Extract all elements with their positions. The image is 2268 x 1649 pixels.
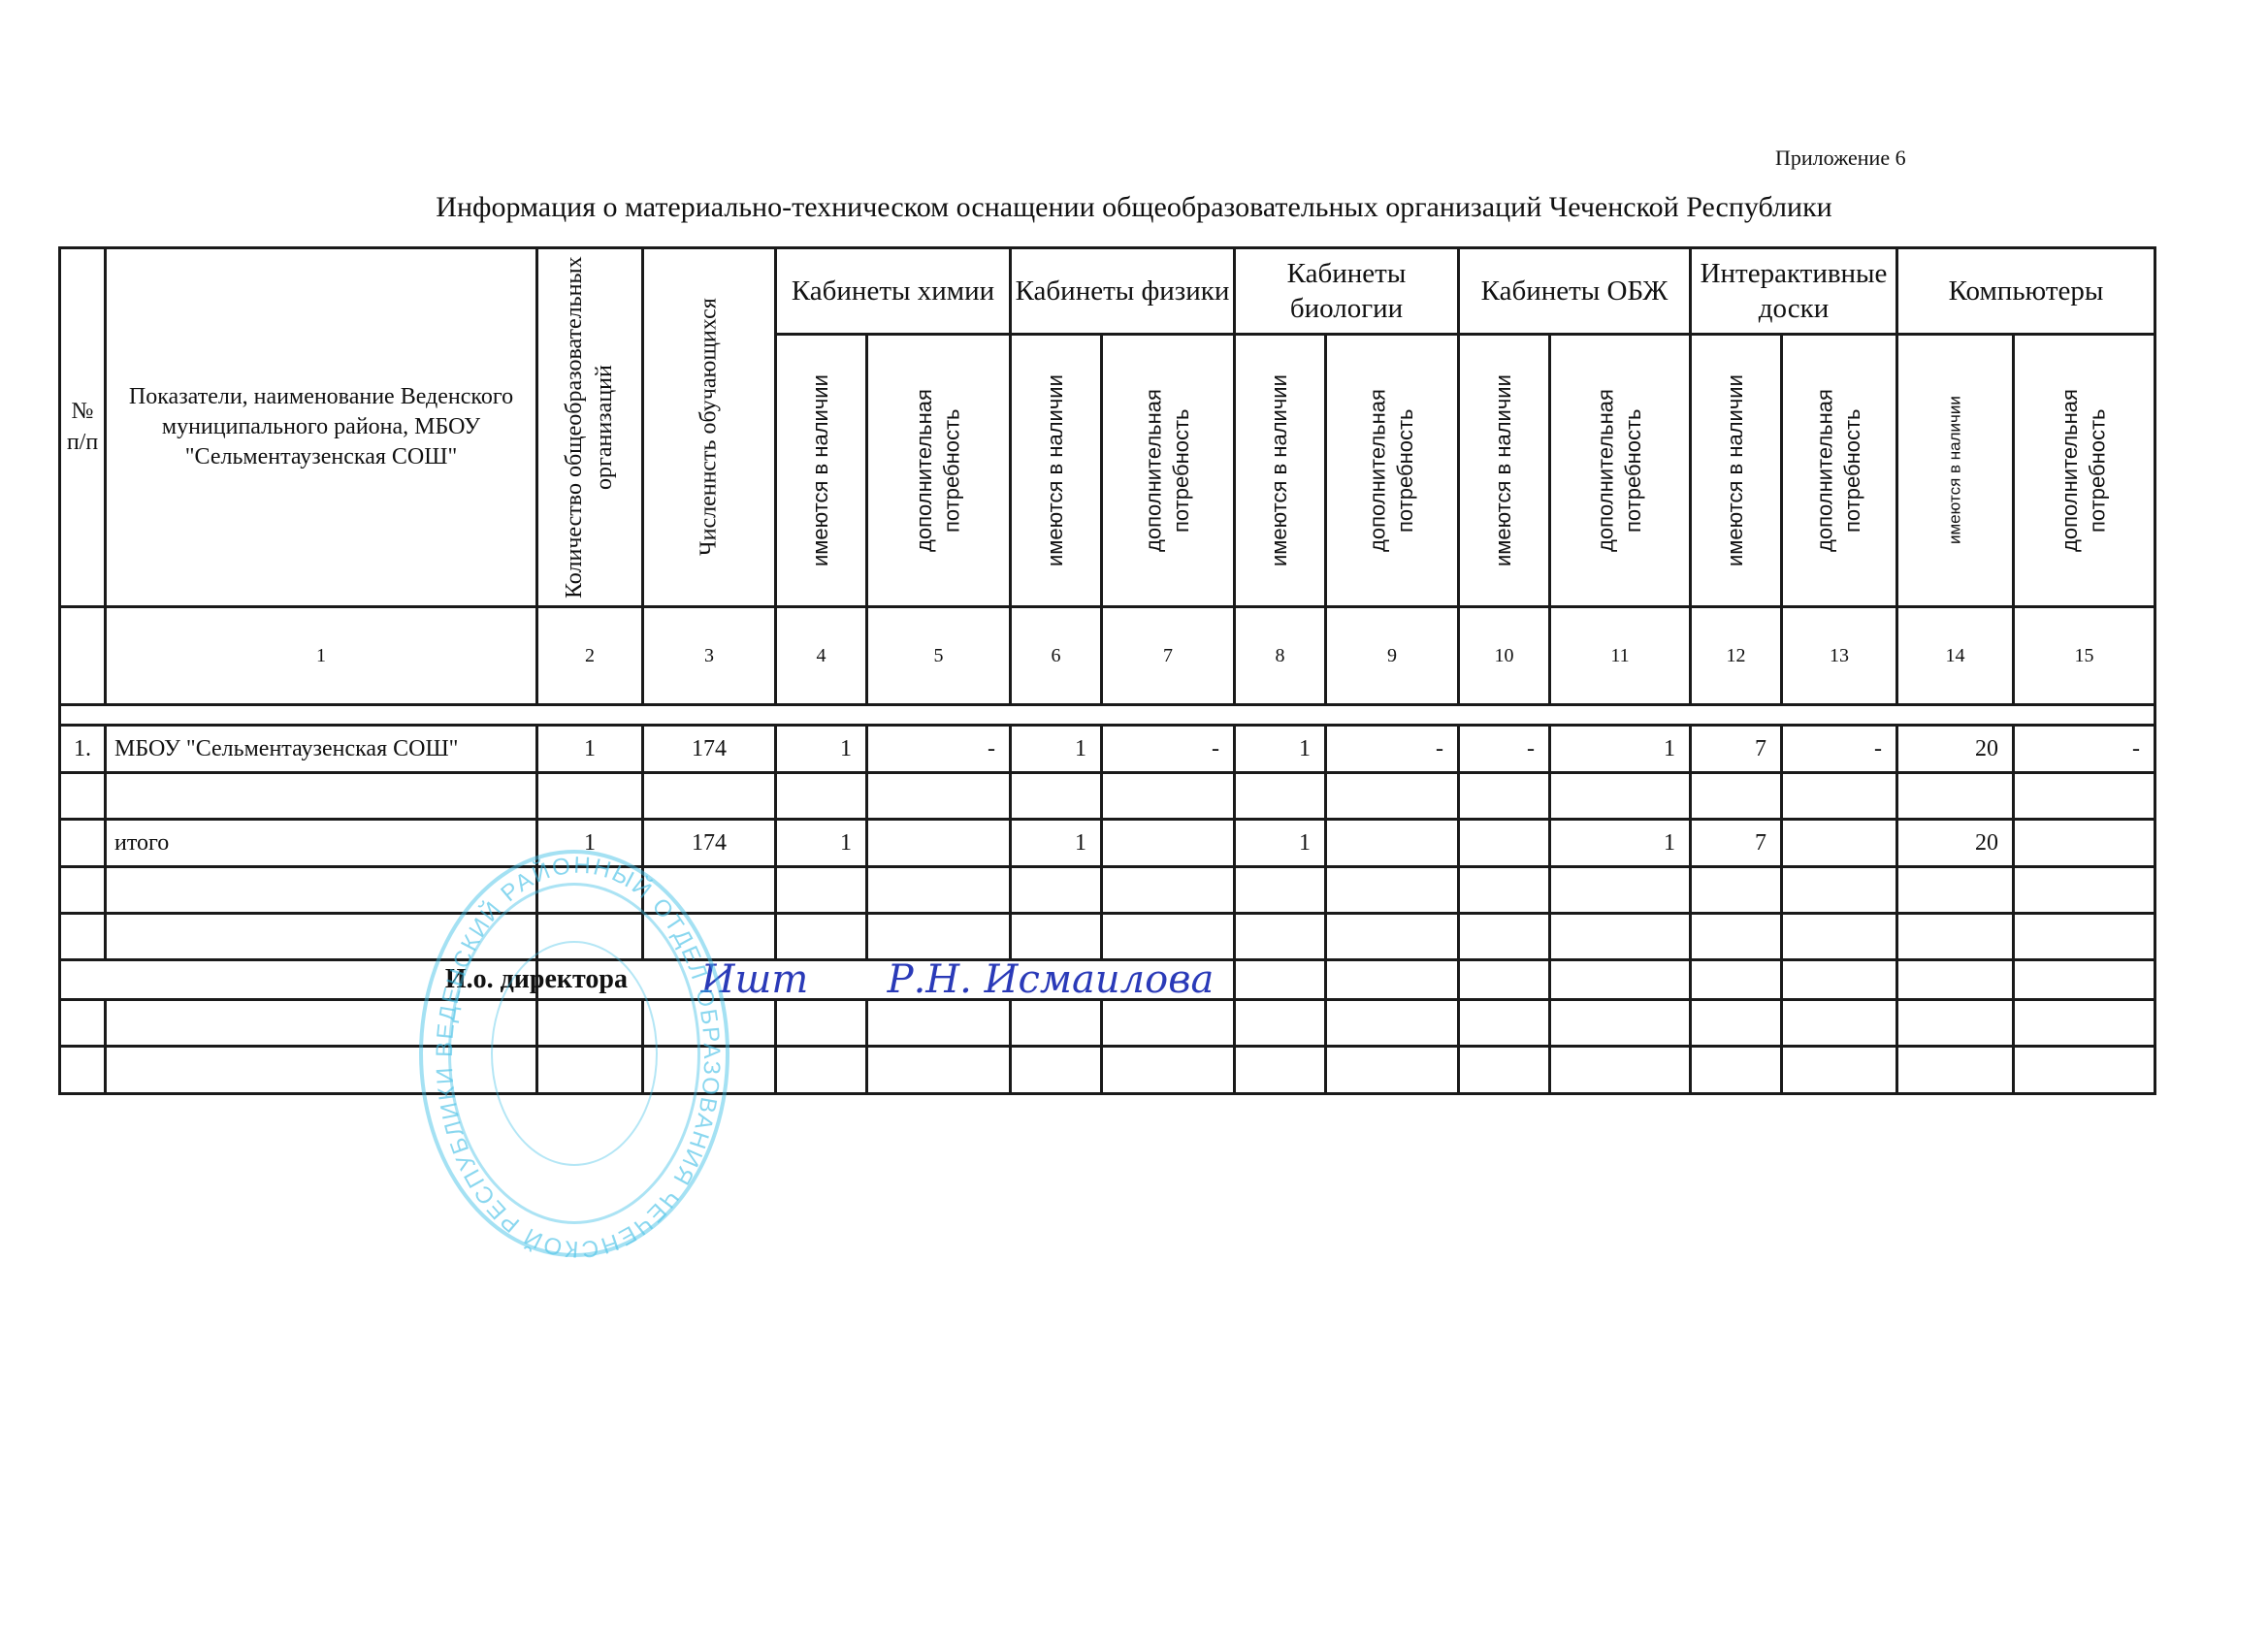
column-number: 6 — [1012, 608, 1100, 703]
column-number-text: 9 — [1387, 645, 1397, 667]
header-students-text: Численнсть обучающихся — [694, 299, 724, 557]
column-number: 2 — [538, 608, 641, 703]
row-value — [1460, 774, 1548, 818]
row-value — [1236, 774, 1324, 818]
row-value — [1012, 774, 1100, 818]
row-value-text: - — [2132, 736, 2140, 762]
grid-line — [104, 998, 107, 1048]
row-value — [1551, 774, 1689, 818]
header-sub-additional: дополнительная потребность — [868, 336, 1009, 605]
grid-line — [1233, 998, 1236, 1048]
row-value — [2015, 821, 2154, 865]
row-value: 1 — [1236, 821, 1324, 865]
row-value: 174 — [644, 727, 774, 771]
header-sub-available: имеются в наличии — [1898, 336, 2012, 605]
header-group-text: Кабинеты физики — [1016, 274, 1230, 308]
grid-line — [1233, 958, 1236, 1001]
row-num: 1. — [61, 727, 104, 771]
row-value — [868, 774, 1009, 818]
column-number: 4 — [777, 608, 865, 703]
grid-line — [1895, 865, 1898, 915]
row-value: - — [868, 727, 1009, 771]
grid-line — [865, 1045, 868, 1095]
grid-line — [1457, 958, 1460, 1001]
header-students: Численнсть обучающихся — [644, 249, 774, 605]
row-value: 20 — [1898, 727, 2012, 771]
row-value-text: - — [988, 736, 995, 762]
row-value-text: 20 — [1975, 830, 1998, 857]
row-value — [1103, 774, 1233, 818]
column-number: 13 — [1783, 608, 1895, 703]
column-number: 12 — [1692, 608, 1780, 703]
column-number-text: 4 — [817, 645, 826, 667]
header-group-text: Компьютеры — [1949, 274, 2104, 308]
row-value: - — [1460, 727, 1548, 771]
grid-line — [774, 865, 777, 915]
row-value-text: 1 — [1664, 830, 1675, 857]
grid-line — [58, 703, 2156, 706]
row-value: 1 — [777, 821, 865, 865]
grid-line — [1780, 958, 1783, 1001]
row-value: 1 — [1012, 821, 1100, 865]
column-number-text: 11 — [1610, 645, 1629, 667]
header-sub-additional: дополнительная потребность — [1103, 336, 1233, 605]
column-number-text: 5 — [934, 645, 944, 667]
header-sub-available-text: имеются в наличии — [1042, 374, 1070, 566]
row-num — [61, 774, 104, 818]
column-number: 10 — [1460, 608, 1548, 703]
grid-line — [1233, 912, 1236, 961]
row-name — [107, 774, 535, 818]
grid-line — [1324, 1045, 1327, 1095]
grid-line — [1009, 865, 1012, 915]
row-value-text: - — [1436, 736, 1443, 762]
header-group: Интерактивные доски — [1692, 249, 1895, 333]
row-value — [1783, 774, 1895, 818]
header-group-text: Интерактивные доски — [1692, 256, 1895, 327]
grid-line — [104, 1045, 107, 1095]
row-value — [777, 774, 865, 818]
grid-line — [1100, 1045, 1103, 1095]
stamp-text: ВЕДЕНСКИЙ РАЙОННЫЙ ОТДЕЛ ОБРАЗОВАНИЯ ЧЕЧ… — [432, 854, 725, 1261]
grid-line — [2154, 912, 2156, 961]
row-num — [61, 821, 104, 865]
header-org-count-text: Количество общеобразовательных организац… — [560, 249, 620, 605]
row-name: МБОУ "Сельментаузенская СОШ" — [107, 727, 535, 771]
grid-line — [1324, 912, 1327, 961]
row-value: 1 — [1551, 727, 1689, 771]
grid-line — [774, 912, 777, 961]
grid-line — [1689, 998, 1692, 1048]
row-value — [538, 774, 641, 818]
grid-line — [865, 865, 868, 915]
grid-line — [1548, 1045, 1551, 1095]
grid-line — [2012, 958, 2015, 1001]
row-value-text: 1 — [1075, 830, 1086, 857]
signer-name-text: Р.Н. Исмаилова — [888, 957, 1215, 1002]
column-number: 15 — [2015, 608, 2154, 703]
header-group: Кабинеты ОБЖ — [1460, 249, 1689, 333]
header-sub-additional-text: дополнительная потребность — [1364, 336, 1419, 605]
grid-line — [58, 912, 61, 961]
row-value: 1 — [1551, 821, 1689, 865]
header-num-text: № п/п — [61, 397, 104, 457]
row-value-text: 1 — [1664, 736, 1675, 762]
header-sub-additional: дополнительная потребность — [1783, 336, 1895, 605]
grid-line — [1324, 958, 1327, 1001]
grid-line — [1457, 998, 1460, 1048]
grid-line — [2012, 1045, 2015, 1095]
grid-line — [104, 865, 107, 915]
header-sub-additional-text: дополнительная потребность — [2057, 336, 2112, 605]
grid-line — [1548, 998, 1551, 1048]
grid-line — [1233, 1045, 1236, 1095]
grid-line — [1548, 912, 1551, 961]
column-number: 1 — [107, 608, 535, 703]
header-indicator-text: Показатели, наименование Веденского муни… — [107, 382, 535, 473]
row-value-text: - — [1527, 736, 1535, 762]
row-value — [1692, 774, 1780, 818]
column-number: 3 — [644, 608, 774, 703]
row-value-text: 1 — [840, 736, 852, 762]
grid-line — [2154, 771, 2156, 821]
grid-line — [1100, 912, 1103, 961]
header-sub-available: имеются в наличии — [777, 336, 865, 605]
row-value — [1898, 774, 2012, 818]
svg-text:ВЕДЕНСКИЙ РАЙОННЫЙ ОТДЕЛ ОБРАЗ: ВЕДЕНСКИЙ РАЙОННЫЙ ОТДЕЛ ОБРАЗОВАНИЯ ЧЕЧ… — [432, 854, 725, 1261]
grid-line — [1780, 865, 1783, 915]
grid-line — [1233, 865, 1236, 915]
grid-line — [1689, 912, 1692, 961]
column-number-text: 8 — [1276, 645, 1285, 667]
row-value: 20 — [1898, 821, 2012, 865]
grid-line — [2154, 865, 2156, 915]
grid-line — [2154, 724, 2156, 774]
row-value — [1783, 821, 1895, 865]
header-sub-available: имеются в наличии — [1236, 336, 1324, 605]
row-value — [1327, 821, 1457, 865]
grid-line — [1780, 912, 1783, 961]
grid-line — [1895, 958, 1898, 1001]
header-group-text: Кабинеты ОБЖ — [1481, 274, 1669, 308]
column-number: 7 — [1103, 608, 1233, 703]
header-sub-available: имеются в наличии — [1692, 336, 1780, 605]
grid-line — [58, 865, 61, 915]
column-number-text: 12 — [1727, 645, 1746, 667]
row-value — [1103, 821, 1233, 865]
row-value: 1 — [538, 727, 641, 771]
official-stamp: ВЕДЕНСКИЙ РАЙОННЫЙ ОТДЕЛ ОБРАЗОВАНИЯ ЧЕЧ… — [419, 850, 729, 1257]
column-number-text: 14 — [1946, 645, 1965, 667]
row-value — [2015, 774, 2154, 818]
column-number: 14 — [1898, 608, 2012, 703]
header-org-count: Количество общеобразовательных организац… — [538, 249, 641, 605]
header-sub-additional-text: дополнительная потребность — [1592, 336, 1647, 605]
grid-line — [1457, 1045, 1460, 1095]
row-value — [1327, 774, 1457, 818]
grid-line — [1689, 1045, 1692, 1095]
grid-line — [58, 958, 61, 1001]
row-value: 1 — [777, 727, 865, 771]
grid-line — [58, 1045, 61, 1095]
header-sub-available-text: имеются в наличии — [1266, 374, 1294, 566]
grid-line — [1548, 958, 1551, 1001]
grid-line — [2012, 912, 2015, 961]
column-number: 8 — [1236, 608, 1324, 703]
header-indicator: Показатели, наименование Веденского муни… — [107, 249, 535, 605]
row-num-text: 1. — [74, 736, 91, 762]
grid-line — [1895, 1045, 1898, 1095]
row-value: 1 — [1236, 727, 1324, 771]
row-value-text: - — [1874, 736, 1882, 762]
row-value: - — [1327, 727, 1457, 771]
row-value: - — [2015, 727, 2154, 771]
row-name-text: итого — [114, 830, 169, 857]
grid-line — [58, 998, 61, 1048]
signer-name: Р.Н. Исмаилова — [868, 961, 1233, 998]
row-value-text: 1 — [1075, 736, 1086, 762]
header-sub-additional-text: дополнительная потребность — [911, 336, 966, 605]
grid-line — [1548, 865, 1551, 915]
grid-line — [1689, 958, 1692, 1001]
grid-line — [1324, 865, 1327, 915]
grid-line — [1009, 998, 1012, 1048]
row-value — [868, 821, 1009, 865]
header-sub-available-text: имеются в наличии — [1722, 374, 1750, 566]
header-sub-available: имеются в наличии — [1012, 336, 1100, 605]
column-number-text: 2 — [585, 645, 595, 667]
column-number-text: 15 — [2075, 645, 2094, 667]
row-value: 1 — [1012, 727, 1100, 771]
row-value-text: 174 — [692, 830, 727, 857]
grid-line — [1100, 998, 1103, 1048]
grid-line — [58, 865, 2156, 868]
grid-line — [2154, 998, 2156, 1048]
row-value-text: 7 — [1755, 830, 1766, 857]
header-sub-additional: дополнительная потребность — [1551, 336, 1689, 605]
grid-line — [1689, 865, 1692, 915]
header-sub-additional: дополнительная потребность — [1327, 336, 1457, 605]
grid-line — [1780, 998, 1783, 1048]
row-value — [644, 774, 774, 818]
header-sub-available-text: имеются в наличии — [1944, 397, 1965, 545]
column-number-text: 13 — [1830, 645, 1849, 667]
grid-line — [1780, 1045, 1783, 1095]
grid-line — [104, 912, 107, 961]
row-value-text: 1 — [584, 736, 596, 762]
grid-line — [1009, 912, 1012, 961]
row-value-text: 1 — [840, 830, 852, 857]
grid-line — [58, 1045, 2156, 1048]
grid-line — [2012, 998, 2015, 1048]
document-title: Информация о материально-техническом осн… — [0, 191, 2268, 224]
header-num: № п/п — [61, 249, 104, 605]
column-number-text: 7 — [1163, 645, 1173, 667]
annex-label: Приложение 6 — [1775, 145, 1906, 171]
grid-line — [865, 998, 868, 1048]
grid-line — [1895, 912, 1898, 961]
grid-line — [2154, 246, 2156, 706]
grid-line — [774, 998, 777, 1048]
row-value: 7 — [1692, 821, 1780, 865]
header-sub-additional-text: дополнительная потребность — [1140, 336, 1195, 605]
row-value: - — [1103, 727, 1233, 771]
header-sub-additional-text: дополнительная потребность — [1811, 336, 1866, 605]
column-number-text: 6 — [1052, 645, 1061, 667]
column-number-text: 3 — [704, 645, 714, 667]
header-sub-available: имеются в наличии — [1460, 336, 1548, 605]
row-value-text: 1 — [1299, 736, 1311, 762]
grid-line — [58, 912, 2156, 915]
row-value-text: 20 — [1975, 736, 1998, 762]
grid-line — [1009, 1045, 1012, 1095]
header-group-text: Кабинеты химии — [792, 274, 994, 308]
row-name-text: МБОУ "Сельментаузенская СОШ" — [114, 736, 458, 762]
grid-line — [2154, 818, 2156, 868]
row-value-text: 174 — [692, 736, 727, 762]
row-value: - — [1783, 727, 1895, 771]
column-number: 9 — [1327, 608, 1457, 703]
grid-line — [1100, 865, 1103, 915]
column-number-text: 1 — [316, 645, 326, 667]
grid-line — [1457, 865, 1460, 915]
column-number: 5 — [868, 608, 1009, 703]
header-group: Кабинеты биологии — [1236, 249, 1457, 333]
header-sub-available-text: имеются в наличии — [807, 374, 835, 566]
header-group: Компьютеры — [1898, 249, 2154, 333]
column-number-text: 10 — [1495, 645, 1514, 667]
row-value-text: - — [1212, 736, 1219, 762]
header-group: Кабинеты физики — [1012, 249, 1233, 333]
row-value-text: 7 — [1755, 736, 1766, 762]
grid-line — [2154, 958, 2156, 1001]
grid-line — [58, 1092, 2156, 1095]
grid-line — [865, 912, 868, 961]
header-sub-additional: дополнительная потребность — [2015, 336, 2154, 605]
row-value: 7 — [1692, 727, 1780, 771]
header-sub-available-text: имеются в наличии — [1490, 374, 1518, 566]
header-group: Кабинеты химии — [777, 249, 1009, 333]
column-number: 11 — [1551, 608, 1689, 703]
grid-line — [774, 1045, 777, 1095]
row-value-text: 1 — [1299, 830, 1311, 857]
grid-line — [1457, 912, 1460, 961]
grid-line — [2012, 865, 2015, 915]
grid-line — [1324, 998, 1327, 1048]
grid-line — [2154, 1045, 2156, 1095]
grid-line — [1895, 998, 1898, 1048]
row-value — [1460, 821, 1548, 865]
header-group-text: Кабинеты биологии — [1236, 256, 1457, 327]
